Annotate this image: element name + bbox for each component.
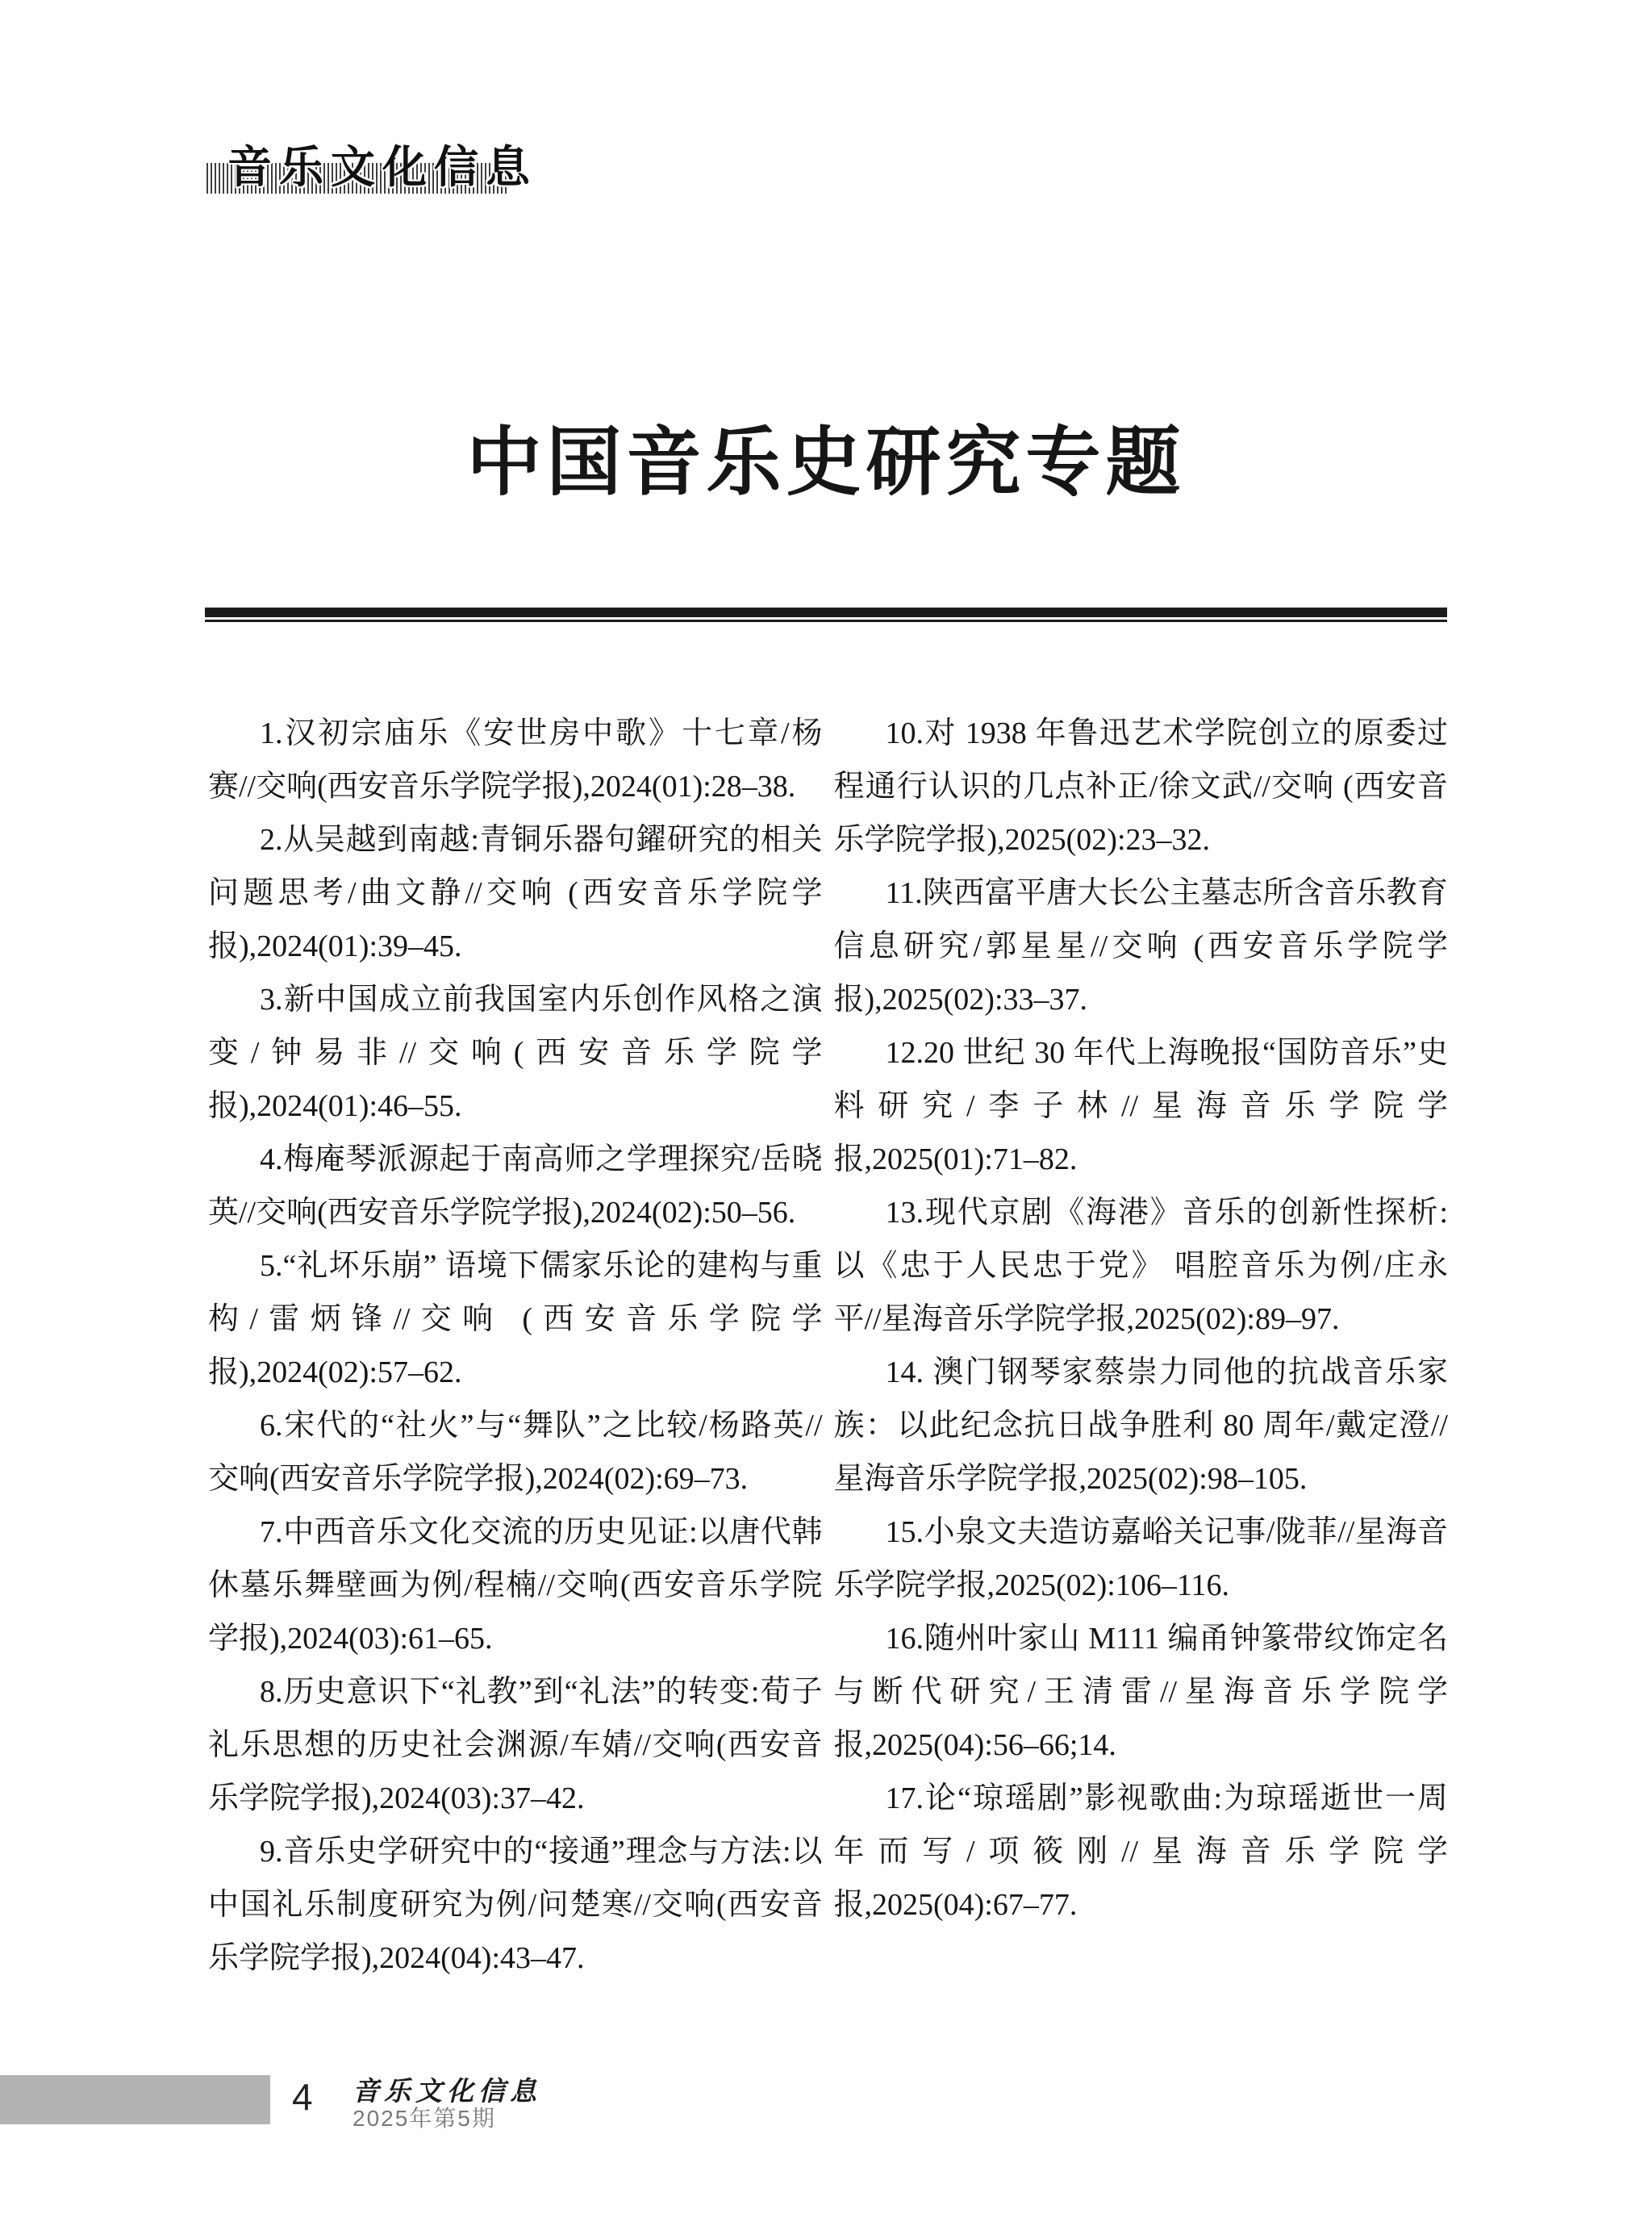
bibliography-entry: 16.随州叶家山 M111 编甬钟篆带纹饰定名与断代研究/王清雷//星海音乐学院… [834, 1612, 1449, 1772]
footer-gray-bar [0, 2075, 270, 2124]
journal-page: 音乐文化信息 中国音乐史研究专题 1.汉初宗庙乐《安世房中歌》十七章/杨赛//交… [0, 0, 1652, 2226]
bibliography-entry: 9.音乐史学研究中的“接通”理念与方法:以中国礼乐制度研究为例/问楚寒//交响(… [208, 1825, 823, 1985]
page-title: 中国音乐史研究专题 [205, 402, 1447, 510]
bibliography-entry: 2.从吴越到南越:青铜乐器句鑃研究的相关问题思考/曲文静//交响 (西安音乐学院… [208, 813, 823, 973]
bibliography-entry: 13.现代京剧《海港》音乐的创新性探析:以《忠于人民忠于党》 唱腔音乐为例/庄永… [834, 1186, 1449, 1346]
bibliography-entry: 1.汉初宗庙乐《安世房中歌》十七章/杨赛//交响(西安音乐学院学报),2024(… [208, 707, 823, 813]
bibliography-entry: 5.“礼坏乐崩” 语境下儒家乐论的建构与重构/雷炳锋//交响 (西安音乐学院学报… [208, 1239, 823, 1399]
bibliography-entry: 10.对 1938 年鲁迅艺术学院创立的原委过程通行认识的几点补正/徐文武//交… [834, 707, 1449, 867]
bibliography-entry: 8.历史意识下“礼教”到“礼法”的转变:荀子礼乐思想的历史社会渊源/车婧//交响… [208, 1665, 823, 1825]
title-divider-thin [205, 620, 1447, 622]
journal-section-banner: 音乐文化信息 [227, 132, 537, 195]
page-number: 4 [292, 2075, 313, 2119]
footer-issue-label: 2025年第5期 [353, 2101, 496, 2133]
bibliography-entry: 11.陕西富平唐大长公主墓志所含音乐教育信息研究/郭星星//交响 (西安音乐学院… [834, 867, 1449, 1026]
bibliography-entry: 7.中西音乐文化交流的历史见证:以唐代韩休墓乐舞壁画为例/程楠//交响(西安音乐… [208, 1506, 823, 1665]
title-divider-thick [205, 608, 1447, 617]
bibliography-entry: 14. 澳门钢琴家蔡崇力同他的抗战音乐家族：以此纪念抗日战争胜利 80 周年/戴… [834, 1346, 1449, 1506]
bibliography-entry: 15.小泉文夫造访嘉峪关记事/陇菲//星海音乐学院学报,2025(02):106… [834, 1506, 1449, 1612]
bibliography-entry: 12.20 世纪 30 年代上海晚报“国防音乐”史料研究/李子林//星海音乐学院… [834, 1026, 1449, 1186]
bibliography-entry: 6.宋代的“社火”与“舞队”之比较/杨路英//交响(西安音乐学院学报),2024… [208, 1399, 823, 1506]
bibliography-entry: 17.论“琼瑶剧”影视歌曲:为琼瑶逝世一周年而写/项筱刚//星海音乐学院学报,2… [834, 1772, 1449, 1932]
bibliography-entry: 3.新中国成立前我国室内乐创作风格之演变/钟易非//交响(西安音乐学院学报),2… [208, 973, 823, 1133]
bibliography-entry: 4.梅庵琴派源起于南高师之学理探究/岳晓英//交响(西安音乐学院学报),2024… [208, 1133, 823, 1239]
bibliography-columns: 1.汉初宗庙乐《安世房中歌》十七章/杨赛//交响(西安音乐学院学报),2024(… [208, 707, 1448, 1991]
